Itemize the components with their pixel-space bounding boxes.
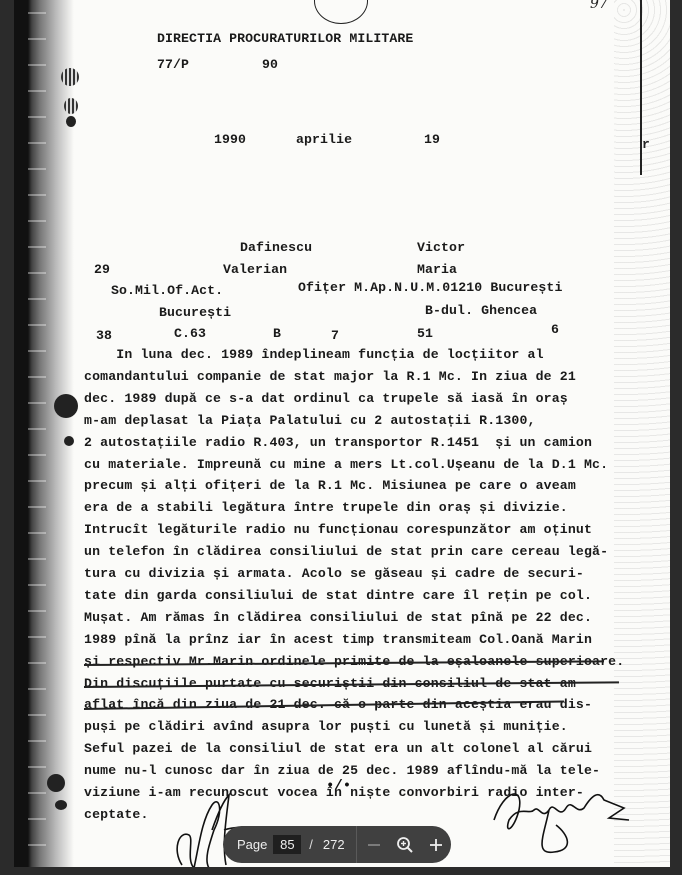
date-year: 1990 <box>214 132 246 147</box>
body-line: Mușat. Am rămas în clădirea consiliului … <box>84 610 592 625</box>
body-line: ceptate. <box>84 807 149 822</box>
entrance: 7 <box>331 328 339 343</box>
stamp-arc <box>314 0 368 24</box>
age: 29 <box>94 262 110 277</box>
body-line: m-am deplasat la Piața Palatului cu 2 au… <box>84 413 536 428</box>
date-day: 19 <box>424 132 440 147</box>
date-month: aprilie <box>296 132 352 147</box>
body-line: nume nu-l cunosc dar în ziua de 25 dec. … <box>84 763 600 778</box>
scan-binding-edge <box>14 0 74 867</box>
apartment: 51 <box>417 326 433 341</box>
body-line: In luna dec. 1989 îndeplineam funcția de… <box>84 347 544 362</box>
body-line: Intrucît legăturile radio nu funcționau … <box>84 522 592 537</box>
body-line: Seful pazei de la consiliul de stat era … <box>84 741 592 756</box>
punch-hole-icon <box>61 68 79 86</box>
document-page: 97 r DIRECTIA PROCURATURILOR MILITARE 77… <box>14 0 670 867</box>
closing-mark: •/• <box>326 778 351 794</box>
signature-right-icon <box>484 780 664 860</box>
body-line: tura cu divizia și armata. Acolo se găse… <box>84 566 584 581</box>
sector: 6 <box>551 322 559 337</box>
current-page-input[interactable]: 85 <box>273 835 301 854</box>
body-line: era de a stabili legătura între trupele … <box>84 500 568 515</box>
ink-blot-icon <box>55 800 67 810</box>
right-margin-char: r <box>642 137 650 152</box>
body-line: comandantului companie de stat major la … <box>84 369 576 384</box>
block: B <box>273 326 281 341</box>
zoom-out-button[interactable] <box>359 826 390 863</box>
body-line: tate din garda consiliului de stat dintr… <box>84 588 592 603</box>
punch-hole-icon <box>64 98 78 114</box>
handwritten-page-number: 97 <box>590 0 608 12</box>
number-b: C.63 <box>174 326 206 341</box>
total-pages: 272 <box>323 837 345 852</box>
ink-blot-icon <box>54 394 78 418</box>
institution-heading: DIRECTIA PROCURATURILOR MILITARE <box>157 31 413 46</box>
body-line: 1989 pînă la prînz iar în acest timp tra… <box>84 632 592 647</box>
reference-number: 77/P <box>157 57 189 72</box>
first-name: Valerian <box>223 262 287 277</box>
scan-noise <box>614 0 670 867</box>
viewer-bottom-edge <box>0 867 682 875</box>
toolbar-divider <box>356 826 357 863</box>
mother-name: Maria <box>417 262 457 277</box>
magnifier-plus-icon <box>396 836 414 854</box>
surname: Dafinescu <box>240 240 312 255</box>
ink-blot-icon <box>64 436 74 446</box>
street: B-dul. Ghencea <box>425 303 537 318</box>
ink-blot-icon <box>47 774 65 792</box>
father-name: Victor <box>417 240 465 255</box>
birthplace: București <box>159 305 231 320</box>
plus-icon <box>429 838 443 852</box>
body-line: 2 autostațiile radio R.403, un transport… <box>84 435 592 450</box>
zoom-fit-button[interactable] <box>389 826 420 863</box>
reference-suffix: 90 <box>262 57 278 72</box>
minus-icon <box>367 838 381 852</box>
number-a: 38 <box>96 328 112 343</box>
body-line: cu materiale. Impreună cu mine a mers Lt… <box>84 457 608 472</box>
body-line: puși pe clădiri avînd asupra lor puști c… <box>84 719 568 734</box>
page-separator: / <box>309 837 313 852</box>
page-navigation-toolbar: Page 85 / 272 <box>223 826 451 863</box>
punch-hole-icon <box>66 116 76 127</box>
body-line: precum și alți ofițeri de la R.1 Mc. Mis… <box>84 478 576 493</box>
body-line: dec. 1989 după ce s-a dat ordinul ca tru… <box>84 391 568 406</box>
page-label: Page <box>237 837 267 852</box>
zoom-in-button[interactable] <box>420 826 451 863</box>
occupation: Ofițer M.Ap.N.U.M.01210 București <box>298 280 562 295</box>
rank: So.Mil.Of.Act. <box>111 283 223 298</box>
body-line: un telefon în clădirea consiliului de st… <box>84 544 608 559</box>
